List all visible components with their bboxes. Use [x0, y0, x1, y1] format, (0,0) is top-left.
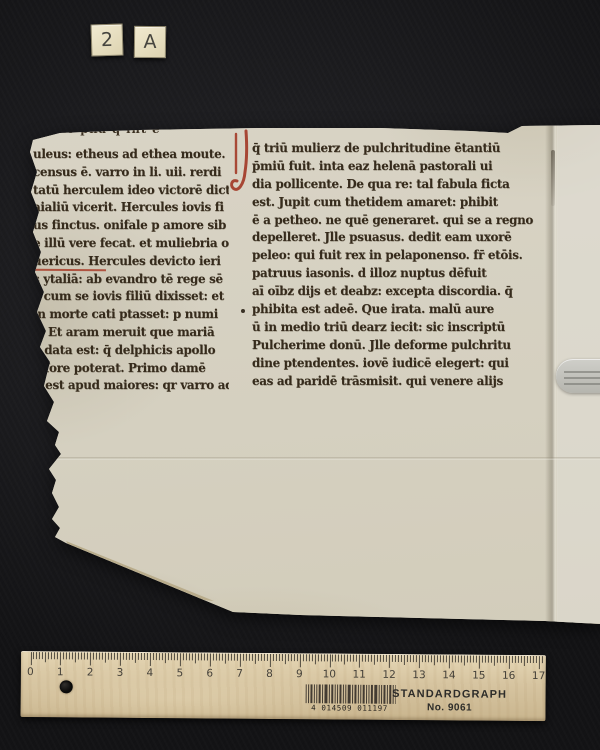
ruler-tick — [252, 654, 253, 661]
manuscript-line: q̄ triū mulierz de pulchritudine ētantiū — [252, 140, 545, 158]
manuscript-fragment: us de pha q int e uleus: etheus ad ethea… — [0, 0, 600, 750]
ruler-tick — [78, 652, 79, 659]
ruler-tick — [261, 654, 262, 661]
manuscript-line: x cum se iovis filiū dixisset: et — [33, 288, 229, 306]
ruler-tick — [323, 654, 324, 661]
ruler-tick — [231, 654, 232, 661]
ruler-tick — [509, 656, 510, 669]
ruler-tick — [93, 653, 94, 660]
ruler-tick — [207, 653, 208, 660]
ruler-tick — [533, 656, 534, 663]
ruler-number: 11 — [352, 669, 365, 681]
manuscript-line: p̄miū fuit. inta eaz helenā pastorali ui — [252, 158, 545, 176]
horizontal-crease — [54, 457, 600, 460]
ruler-number: 5 — [176, 667, 183, 679]
ruler-number: 3 — [117, 667, 124, 679]
ruler-tick — [189, 653, 190, 660]
ruler-tick — [494, 656, 495, 666]
ruler-tick — [39, 652, 40, 659]
ruler-number: 14 — [442, 669, 455, 681]
manuscript-line: Pulcherime donū. Jlle deforme pulchritu — [252, 337, 545, 355]
ruler-tick — [267, 654, 268, 661]
ruler-tick — [87, 653, 88, 660]
ruler-tick — [216, 654, 217, 661]
manuscript-line: eas ad paridē trāsmisit. qui venere alij… — [252, 373, 545, 391]
ruler-tick — [374, 655, 375, 665]
manuscript-line: tatū herculem ideo victorē dicta q̄ — [33, 182, 229, 200]
manuscript-line: aī oībz dijs et deabz: excepta discordia… — [252, 283, 545, 301]
manuscript-line: a data est: q̄ delphicis apollo — [33, 342, 229, 360]
ruler-tick — [470, 656, 471, 663]
ruler-tick — [422, 655, 423, 662]
ruler-tick — [482, 656, 483, 663]
ruler-tick — [51, 652, 52, 659]
ruler-brand: STANDARDGRAPH — [392, 688, 507, 701]
ruler-tick — [276, 654, 277, 661]
ruler-tick — [84, 652, 85, 659]
manuscript-photograph: 2 A us de pha q int e uleus: etheus ad e… — [0, 0, 600, 750]
ruler-tick — [285, 654, 286, 664]
ruler-number: 1 — [57, 666, 64, 678]
ruler-tick — [159, 653, 160, 660]
ruler-tick — [102, 653, 103, 660]
manuscript-line: us finctus. onifale p amore sib — [33, 217, 229, 235]
ruler-tick — [473, 656, 474, 663]
ruler-tick — [446, 655, 447, 662]
ruler-tick — [45, 652, 46, 662]
manuscript-line: patruus iasonis. d illoz nuptus dēfuit — [252, 265, 545, 283]
ruler-tick — [443, 655, 444, 662]
ruler-tick — [132, 653, 133, 660]
ruler-tick — [419, 655, 420, 668]
ruler-tick — [234, 654, 235, 661]
ruler-tick — [440, 655, 441, 662]
ruler-tick — [120, 653, 121, 666]
ruler-tick — [320, 654, 321, 661]
ruler-tick — [69, 652, 70, 659]
ruler-tick — [413, 655, 414, 662]
ruler-tick — [75, 652, 76, 662]
ruler-tick — [228, 654, 229, 661]
ruler-number: 10 — [323, 668, 336, 680]
ruler-tick — [288, 654, 289, 661]
ruler-tick — [111, 653, 112, 660]
ruler-model: No. 9061 — [427, 702, 472, 713]
ruler-tick — [386, 655, 387, 662]
ruler-tick — [90, 653, 91, 666]
ruler-tick — [431, 655, 432, 662]
trimmed-top-line: us de pha q int e — [36, 121, 226, 137]
manuscript-line: ē. Et aram meruit que mariā — [33, 324, 229, 342]
ruler-tick — [141, 653, 142, 660]
ruler-tick — [329, 654, 330, 667]
ruler-tick — [237, 654, 238, 661]
ruler-tick — [150, 653, 151, 666]
ruler-tick — [428, 655, 429, 662]
ruler-tick — [467, 656, 468, 663]
ruler-tick — [303, 654, 304, 661]
ruler-tick — [240, 654, 241, 667]
manuscript-line: census ē. varro in li. uii. rerdi — [33, 164, 229, 182]
ruler-tick — [491, 656, 492, 663]
ruler-number: 9 — [296, 668, 303, 680]
ruler-tick — [458, 655, 459, 662]
ruler-tick — [63, 652, 64, 659]
ruler-tick — [353, 655, 354, 662]
ink-dot — [241, 309, 245, 313]
ruler-tick — [527, 656, 528, 663]
ruler-tick — [356, 655, 357, 662]
ruler-tick — [485, 656, 486, 663]
parchment-shadow: us de pha q int e uleus: etheus ad ethea… — [0, 0, 600, 750]
ruler-tick — [165, 653, 166, 663]
ruler-tick — [476, 656, 477, 663]
ruler-tick — [99, 653, 100, 660]
ruler-tick — [395, 655, 396, 662]
ruler-tick — [503, 656, 504, 663]
ruler-tick — [117, 653, 118, 660]
manuscript-line: e illū vere fecat. et muliebria of — [33, 235, 229, 253]
ruler-number: 16 — [502, 670, 515, 682]
ruler-tick — [299, 654, 300, 667]
manuscript-line: uleus: etheus ad ethea moute. — [33, 146, 229, 164]
ruler-tick — [186, 653, 187, 660]
ruler-tick — [335, 654, 336, 661]
ruler-hole — [60, 680, 73, 693]
ruler-number: 12 — [382, 669, 395, 681]
ruler-tick — [359, 655, 360, 668]
ruler-tick — [398, 655, 399, 662]
ruler-tick — [314, 654, 315, 664]
ruler-tick — [60, 652, 61, 665]
ruler-tick — [311, 654, 312, 661]
ruler-tick — [371, 655, 372, 662]
ruler: 01234567891011121314151617 4 014509 0111… — [20, 651, 546, 721]
ruler-number: 4 — [147, 667, 154, 679]
ruler-tick — [201, 653, 202, 660]
ruler-tick — [48, 652, 49, 659]
ruler-tick — [455, 655, 456, 662]
ruler-tick — [297, 654, 298, 661]
ruler-tick — [105, 653, 106, 663]
ruler-tick — [147, 653, 148, 660]
manuscript-line: n̄ est apud maiores: qr varro ad — [33, 377, 229, 395]
ruler-tick — [81, 652, 82, 659]
ruler-tick — [410, 655, 411, 662]
ruler-tick — [368, 655, 369, 662]
ruler-tick — [30, 652, 31, 665]
ruler-tick — [54, 652, 55, 659]
manuscript-line: a fore poterat. Primo damē — [33, 360, 229, 378]
ruler-number: 2 — [87, 667, 94, 679]
ruler-tick — [425, 655, 426, 662]
ruler-tick — [174, 653, 175, 660]
ruler-tick — [114, 653, 115, 660]
ruler-tick — [135, 653, 136, 663]
ruler-tick — [222, 654, 223, 661]
ruler-tick — [183, 653, 184, 660]
ruler-tick — [392, 655, 393, 662]
ruler-tick — [138, 653, 139, 660]
ruler-tick — [249, 654, 250, 661]
page-holder-clip — [556, 359, 600, 393]
ruler-tick — [123, 653, 124, 660]
ruler-tick — [347, 655, 348, 662]
ruler-tick — [536, 656, 537, 663]
ruler-tick — [270, 654, 271, 667]
ruler-tick — [108, 653, 109, 660]
ruler-tick — [219, 654, 220, 661]
ruler-tick — [479, 656, 480, 669]
ruler-tick — [500, 656, 501, 663]
manuscript-line: in morte cati ptasset: p numi — [33, 306, 229, 324]
ruler-tick — [344, 655, 345, 665]
ruler-tick — [416, 655, 417, 662]
manuscript-line: depelleret. Jlle psuasus. dedit eam uxor… — [252, 229, 545, 247]
ruler-number: 8 — [266, 668, 273, 680]
ruler-tick — [195, 653, 196, 663]
crease-stain — [551, 150, 555, 206]
text-column-right: q̄ triū mulierz de pulchritudine ētantiū… — [252, 140, 545, 390]
ruler-tick — [156, 653, 157, 660]
ruler-tick — [452, 655, 453, 662]
manuscript-line: aialiū vicerit. Hercules iovis fi — [33, 199, 229, 217]
ruler-tick — [168, 653, 169, 660]
ruler-tick — [401, 655, 402, 662]
ruler-tick — [198, 653, 199, 660]
manuscript-line: ē a petheo. ne quē generaret. qui se a r… — [252, 212, 545, 230]
ruler-tick — [282, 654, 283, 661]
ruler-tick — [317, 654, 318, 661]
ruler-number: 17 — [532, 670, 545, 682]
ruler-tick — [126, 653, 127, 660]
ruler-tick — [213, 654, 214, 661]
ruler-tick — [350, 655, 351, 662]
ruler-tick — [42, 652, 43, 659]
ruler-tick — [338, 654, 339, 661]
ruler-tick — [96, 653, 97, 660]
ruler-tick — [539, 656, 540, 669]
ruler-tick — [464, 655, 465, 665]
ruler-tick — [210, 653, 211, 666]
ruler-tick — [449, 655, 450, 668]
manuscript-line: dia pollicente. De qua re: tal fabula fi… — [252, 176, 545, 194]
ruler-tick — [177, 653, 178, 660]
ruler-tick — [264, 654, 265, 661]
ruler-tick — [404, 655, 405, 665]
manuscript-line: s ytaliā: ab evandro tē rege sē — [33, 271, 229, 289]
ruler-tick — [488, 656, 489, 663]
ruler-number: 15 — [472, 670, 485, 682]
ruler-tick — [518, 656, 519, 663]
ruler-tick — [437, 655, 438, 662]
ruler-tick — [389, 655, 390, 668]
ruler-number: 7 — [236, 668, 243, 680]
ruler-tick — [162, 653, 163, 660]
manuscript-line: uericus. Hercules devicto ieri — [33, 253, 229, 271]
ruler-tick — [434, 655, 435, 665]
ruler-tick — [192, 653, 193, 660]
ruler-tick — [66, 652, 67, 659]
ruler-tick — [380, 655, 381, 662]
ruler-number: 13 — [412, 669, 425, 681]
ruler-tick — [524, 656, 525, 666]
ruler-tick — [243, 654, 244, 661]
ruler-tick — [506, 656, 507, 663]
manuscript-line: ū in medio triū dearz iecit: sic inscrip… — [252, 319, 545, 337]
ruler-tick — [497, 656, 498, 663]
ruler-tick — [129, 653, 130, 660]
barcode-digits: 4 014509 011197 — [304, 703, 396, 713]
ruler-tick — [383, 655, 384, 662]
ruler-tick — [273, 654, 274, 661]
ruler-tick — [279, 654, 280, 661]
ruler-tick — [204, 653, 205, 660]
ruler-tick — [542, 656, 543, 663]
manuscript-line: dine ptendentes. iovē iudicē elegert: qu… — [252, 355, 545, 373]
ruler-tick — [36, 652, 37, 659]
ruler-tick — [512, 656, 513, 663]
manuscript-line: est. Jupit cum thetidem amaret: phibit — [252, 194, 545, 212]
barcode: 4 014509 011197 — [304, 684, 396, 714]
ruler-tick — [306, 654, 307, 661]
ruler-tick — [144, 653, 145, 660]
ruler-tick — [255, 654, 256, 664]
ruler-tick — [180, 653, 181, 666]
ruler-tick — [57, 652, 58, 659]
ruler-number: 6 — [206, 667, 213, 679]
ruler-tick — [291, 654, 292, 661]
ruler-tick — [461, 655, 462, 662]
manuscript-line: peleo: qui fuit rex in pelaponenso. fr̄ … — [252, 247, 545, 265]
ruler-number: 0 — [27, 666, 34, 678]
ruler-tick — [362, 655, 363, 662]
ruler-tick — [365, 655, 366, 662]
ruler-tick — [530, 656, 531, 663]
manuscript-line: phibita est adeē. Que irata. malū aure — [252, 301, 545, 319]
ruler-tick — [153, 653, 154, 660]
ruler-tick — [258, 654, 259, 661]
ruler-tick — [515, 656, 516, 663]
ruler-tick — [341, 655, 342, 662]
barcode-bars-icon — [304, 684, 396, 704]
ruler-tick — [294, 654, 295, 661]
ruler-tick — [72, 652, 73, 659]
ruler-tick — [225, 654, 226, 664]
ruler-tick — [407, 655, 408, 662]
ruler-tick — [308, 654, 309, 661]
ruler-tick — [246, 654, 247, 661]
ruler-tick — [521, 656, 522, 663]
ruler-tick — [326, 654, 327, 661]
ruler-tick — [377, 655, 378, 662]
ruler-tick — [171, 653, 172, 660]
ruler-tick — [33, 652, 34, 659]
ruler-tick — [332, 654, 333, 661]
